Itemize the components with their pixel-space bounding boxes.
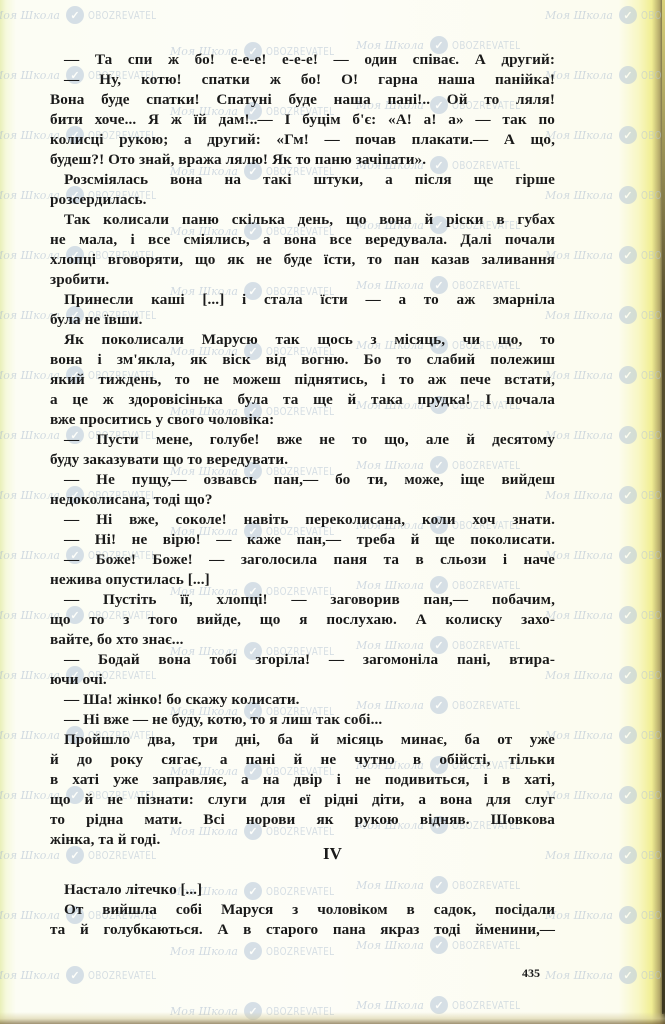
text-line: що й не пізнати: слуги для еї рідні діти… <box>50 790 555 810</box>
watermark-school-label: Моя Школа <box>545 789 613 802</box>
check-circle-icon: ✓ <box>244 942 262 960</box>
watermark-brand-label: OBOZREVATEL <box>266 945 334 958</box>
check-circle-icon: ✓ <box>619 186 637 204</box>
watermark-school-label: Моя Школа <box>545 729 613 742</box>
text-line: — Боже! Боже! — заголосила паня та в сль… <box>50 550 555 570</box>
watermark: Моя Школа✓OBOZREVATEL <box>545 726 665 744</box>
check-circle-icon: ✓ <box>619 546 637 564</box>
watermark: Моя Школа✓OBOZREVATEL <box>545 906 665 924</box>
text-line: — Бодай вона тобі згоріла! — загомоніла … <box>50 650 555 670</box>
watermark-school-label: Моя Школа <box>356 939 424 952</box>
watermark: Моя Школа✓OBOZREVATEL <box>545 366 665 384</box>
watermark-school-label: Моя Школа <box>545 549 613 562</box>
check-circle-icon: ✓ <box>619 726 637 744</box>
text-line: в хаті уже заправляє, а на двір і не под… <box>50 770 555 790</box>
text-line: Пройшло два, три дні, ба й місяць минає,… <box>50 730 555 750</box>
watermark: Моя Школа✓OBOZREVATEL <box>545 966 665 984</box>
watermark-school-label: Моя Школа <box>545 429 613 442</box>
watermark-brand-label: OBOZREVATEL <box>452 999 520 1012</box>
check-circle-icon: ✓ <box>619 366 637 384</box>
text-line: Так колисали паню скілька день, що вона … <box>50 210 555 230</box>
watermark-school-label: Моя Школа <box>545 909 613 922</box>
check-circle-icon: ✓ <box>619 666 637 684</box>
text-line: — Ні! не вірю! — каже пан,— треба й ще п… <box>50 530 555 550</box>
text-line: Настало літечко [...] <box>50 880 555 900</box>
text-line: Принесли каші [...] і стала їсти — а то … <box>50 290 555 310</box>
watermark: Моя Школа✓OBOZREVATEL <box>545 186 665 204</box>
text-line: нежива опустилась [...] <box>50 570 555 590</box>
text-line: зробити. <box>50 270 555 290</box>
watermark: Моя Школа✓OBOZREVATEL <box>545 606 665 624</box>
check-circle-icon: ✓ <box>619 66 637 84</box>
text-line: буду заказувати що то вередувати. <box>50 450 555 470</box>
text-line: Вона буде спатки! Спатуні буде наша пані… <box>50 90 555 110</box>
check-circle-icon: ✓ <box>619 246 637 264</box>
watermark-school-label: Моя Школа <box>545 189 613 202</box>
text-line: вайте, бо хто знає... <box>50 630 555 650</box>
watermark-school-label: Моя Школа <box>545 249 613 262</box>
text-line: От вийшла собі Маруся з чоловіком в садо… <box>50 900 555 920</box>
check-circle-icon: ✓ <box>619 606 637 624</box>
chapter-heading: IV <box>0 844 665 864</box>
text-line: а це ж здоровісінька була та ще й така п… <box>50 390 555 410</box>
text-line: — Не пущу,— озвавсь пан,— бо ти, може, і… <box>50 470 555 490</box>
text-line: будеш?! Ото знай, вража лялю! Як то паню… <box>50 150 555 170</box>
text-line: й до року сягає, а пані й не чутно в обі… <box>50 750 555 770</box>
check-circle-icon: ✓ <box>66 6 84 24</box>
text-line: що то з того вийде, що я послухаю. А кол… <box>50 610 555 630</box>
check-circle-icon: ✓ <box>619 786 637 804</box>
text-line: ючи очі. <box>50 670 555 690</box>
watermark-school-label: Моя Школа <box>545 969 613 982</box>
watermark-school-label: Моя Школа <box>545 369 613 382</box>
watermark: Моя Школа✓OBOZREVATEL <box>545 306 665 324</box>
check-circle-icon: ✓ <box>619 426 637 444</box>
watermark: Моя Школа✓OBOZREVATEL <box>170 942 352 960</box>
watermark-school-label: Моя Школа <box>545 489 613 502</box>
watermark-school-label: Моя Школа <box>545 129 613 142</box>
page-bottom-edge <box>0 1012 665 1024</box>
watermark-brand-label: OBOZREVATEL <box>88 969 156 982</box>
text-line: бити хоче... Я ж їй дам!..— І буцім б'є:… <box>50 110 555 130</box>
text-line: то рідна мати. Всі норови як рукою відня… <box>50 810 555 830</box>
text-line: — Ну, котю! спатки ж бо! О! гарна наша п… <box>50 70 555 90</box>
watermark: Моя Школа✓OBOZREVATEL <box>545 66 665 84</box>
watermark: Моя Школа✓OBOZREVATEL <box>545 786 665 804</box>
text-line: недоколисана, тоді що? <box>50 490 555 510</box>
check-circle-icon: ✓ <box>619 306 637 324</box>
text-line: розсердилась. <box>50 190 555 210</box>
text-line: вона і зм'якла, як віск від вогню. Бо то… <box>50 350 555 370</box>
book-page: Моя Школа✓OBOZREVATELМоя Школа✓OBOZREVAT… <box>0 0 665 1024</box>
watermark-school-label: Моя Школа <box>545 669 613 682</box>
watermark: Моя Школа✓OBOZREVATEL <box>545 246 665 264</box>
watermark-school-label: Моя Школа <box>356 999 424 1012</box>
watermark-school-label: Моя Школа <box>545 69 613 82</box>
watermark: Моя Школа✓OBOZREVATEL <box>545 486 665 504</box>
body-text: — Та спи ж бо! е-е-е! е-е-е! — один спів… <box>50 50 555 850</box>
text-line: Розсміялась вона на такі штуки, а після … <box>50 170 555 190</box>
text-line: який тиждень, то не можеш піднятись, і т… <box>50 370 555 390</box>
watermark: Моя Школа✓OBOZREVATEL <box>0 966 174 984</box>
text-line: вже проситись у свого чоловіка: <box>50 410 555 430</box>
watermark: Моя Школа✓OBOZREVATEL <box>545 126 665 144</box>
text-line: — Ні вже, соколе! навіть переколисана, к… <box>50 510 555 530</box>
watermark-school-label: Моя Школа <box>0 969 60 982</box>
check-circle-icon: ✓ <box>619 6 637 24</box>
watermark-school-label: Моя Школа <box>170 945 238 958</box>
check-circle-icon: ✓ <box>619 906 637 924</box>
watermark-brand-label: OBOZREVATEL <box>452 939 520 952</box>
watermark-school-label: Моя Школа <box>545 609 613 622</box>
text-line: — Ні вже — не буду, котю, то я лиш так с… <box>50 710 555 730</box>
text-line: — Пусти мене, голубе! вже не то що, але … <box>50 430 555 450</box>
text-line: була не ївши. <box>50 310 555 330</box>
page-number: 435 <box>522 966 540 981</box>
check-circle-icon: ✓ <box>619 126 637 144</box>
watermark: Моя Школа✓OBOZREVATEL <box>545 426 665 444</box>
text-line: — Пустіть її, хлопці! — заговорив пан,— … <box>50 590 555 610</box>
watermark-school-label: Моя Школа <box>0 9 60 22</box>
watermark-school-label: Моя Школа <box>545 309 613 322</box>
chapter-body-text: Настало літечко [...]От вийшла собі Мару… <box>50 880 555 940</box>
text-line: колисці рукою; а другий: «Гм! — почав пл… <box>50 130 555 150</box>
watermark-brand-label: OBOZREVATEL <box>88 9 156 22</box>
watermark: Моя Школа✓OBOZREVATEL <box>545 6 665 24</box>
watermark: Моя Школа✓OBOZREVATEL <box>545 546 665 564</box>
check-circle-icon: ✓ <box>619 966 637 984</box>
watermark-school-label: Моя Школа <box>545 9 613 22</box>
watermark: Моя Школа✓OBOZREVATEL <box>0 6 174 24</box>
check-circle-icon: ✓ <box>619 486 637 504</box>
check-circle-icon: ✓ <box>66 966 84 984</box>
text-line: Як поколисали Марусю так щось з місяць, … <box>50 330 555 350</box>
text-line: — Ша! жінко! бо скажу колисати. <box>50 690 555 710</box>
watermark: Моя Школа✓OBOZREVATEL <box>545 666 665 684</box>
text-line: хлопці вговоряти, що як не буде їсти, то… <box>50 250 555 270</box>
text-line: — Та спи ж бо! е-е-е! е-е-е! — один спів… <box>50 50 555 70</box>
text-line: та й голубкаються. А в старого пана якра… <box>50 920 555 940</box>
text-line: не мала, і все сміялись, а вона все вере… <box>50 230 555 250</box>
